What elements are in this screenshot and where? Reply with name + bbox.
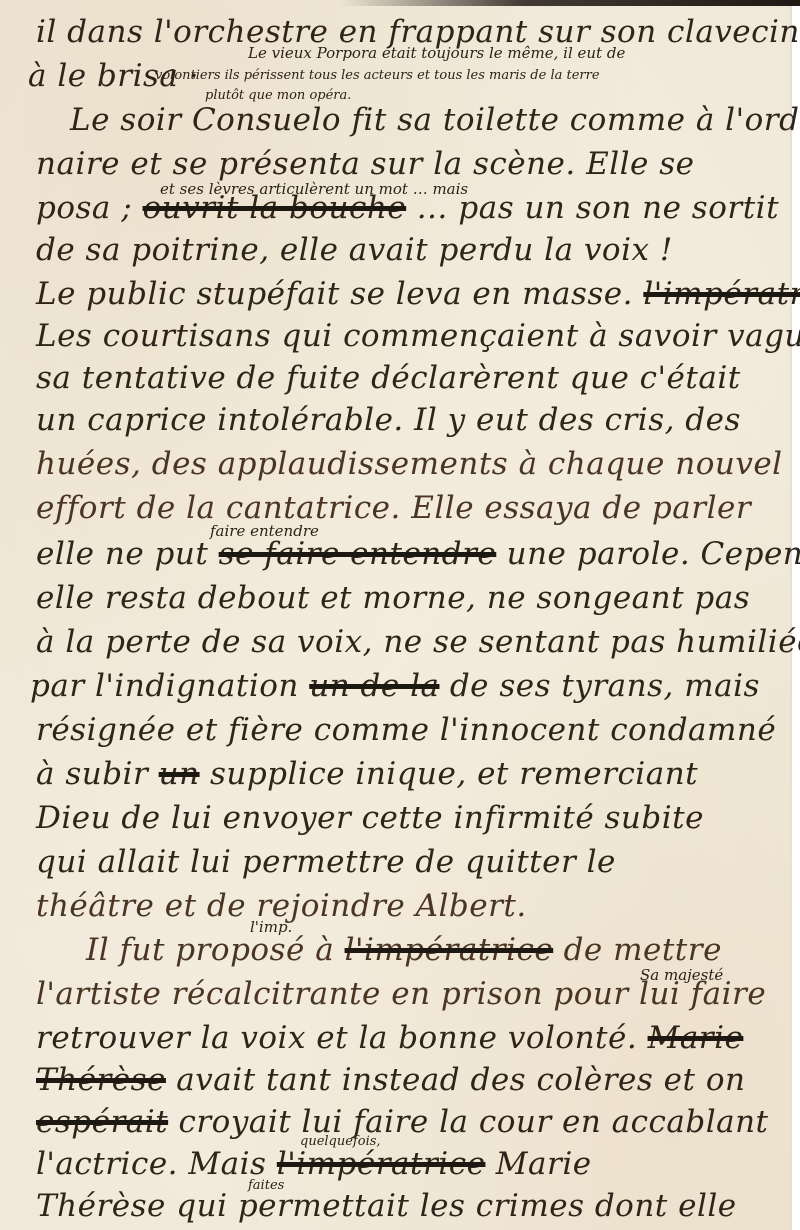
- manuscript-line: naire et se présenta sur la scène. Elle …: [36, 146, 695, 182]
- interlinear-note: faire entendre: [210, 522, 319, 540]
- struck-text: un de la: [309, 668, 439, 704]
- interlinear-note: Sa majesté: [640, 966, 723, 984]
- manuscript-line: l'actrice. Mais l'impératrice Marie: [36, 1146, 592, 1182]
- manuscript-line: espérait croyait lui faire la cour en ac…: [36, 1104, 769, 1140]
- manuscript-line: Le public stupéfait se leva en masse. l'…: [36, 276, 800, 312]
- manuscript-line: huées, des applaudissements à chaque nou…: [36, 446, 783, 482]
- line-text: retrouver la voix et la bonne volonté.: [36, 1020, 637, 1056]
- manuscript-line: elle ne put se faire entendre une parole…: [36, 536, 800, 572]
- manuscript-line: résignée et fière comme l'innocent conda…: [36, 712, 776, 748]
- line-text: à subir: [36, 756, 148, 792]
- struck-text: espérait: [36, 1104, 168, 1140]
- struck-text: un: [159, 756, 200, 792]
- line-text: Il fut proposé à: [86, 932, 334, 968]
- line-text: … pas un son ne sortit: [417, 190, 780, 226]
- manuscript-line: Thérèse avait tant instead des colères e…: [36, 1062, 745, 1098]
- struck-text: l'impératrice: [345, 932, 554, 968]
- struck-text: Marie: [648, 1020, 744, 1056]
- scan-top-edge: [340, 0, 800, 6]
- manuscript-line: elle resta debout et morne, ne songeant …: [36, 580, 750, 616]
- line-text: Marie: [496, 1146, 592, 1182]
- manuscript-line: Le soir Consuelo fit sa toilette comme à…: [70, 102, 800, 138]
- manuscript-line: de sa poitrine, elle avait perdu la voix…: [36, 232, 673, 268]
- line-text: de ses tyrans, mais: [450, 668, 760, 704]
- manuscript-line: Il fut proposé à l'impératrice de mettre: [86, 932, 722, 968]
- line-text: instead des colères et on: [342, 1062, 746, 1098]
- line-text: une parole. Cependant: [507, 536, 800, 572]
- interlinear-note: et ses lèvres articulèrent un mot … mais: [160, 180, 468, 198]
- line-text: de mettre: [564, 932, 722, 968]
- struck-text: Thérèse: [36, 1062, 166, 1098]
- line-text: l'actrice. Mais: [36, 1146, 266, 1182]
- manuscript-line: Les courtisans qui commençaient à savoir…: [36, 318, 800, 354]
- manuscript-line: un caprice intolérable. Il y eut des cri…: [36, 402, 741, 438]
- line-text: croyait lui faire la cour en accablant: [178, 1104, 768, 1140]
- manuscript-line: retrouver la voix et la bonne volonté. M…: [36, 1020, 743, 1056]
- line-text: avait tant: [176, 1062, 331, 1098]
- line-text: par l'indignation: [30, 668, 299, 704]
- interlinear-note: Le vieux Porpora était toujours le même,…: [248, 44, 625, 62]
- struck-text: se faire entendre: [219, 536, 497, 572]
- line-text: posa ;: [36, 190, 132, 226]
- struck-text: l'impératrice: [277, 1146, 486, 1182]
- manuscript-line: effort de la cantatrice. Elle essaya de …: [36, 490, 751, 526]
- manuscript-line: à la perte de sa voix, ne se sentant pas…: [36, 624, 800, 660]
- manuscript-line: qui allait lui permettre de quitter le: [36, 844, 616, 880]
- manuscript-line: Thérèse qui permettait les crimes dont e…: [36, 1188, 737, 1224]
- manuscript-line: par l'indignation un de la de ses tyrans…: [30, 668, 760, 704]
- interlinear-note: plutôt que mon opéra.: [205, 88, 351, 103]
- line-text: Le public stupéfait se leva en masse.: [36, 276, 633, 312]
- line-text: elle ne put: [36, 536, 208, 572]
- manuscript-line: sa tentative de fuite déclarèrent que c'…: [36, 360, 741, 396]
- interlinear-note: quelquefois,: [300, 1134, 381, 1149]
- line-text: supplice inique, et remerciant: [210, 756, 698, 792]
- struck-text: l'impératrice: [643, 276, 800, 312]
- interlinear-note: faites: [248, 1178, 284, 1193]
- interlinear-note: volontiers ils périssent tous les acteur…: [155, 68, 600, 83]
- manuscript-line: à subir un supplice inique, et remercian…: [36, 756, 698, 792]
- manuscript-page: il dans l'orchestre en frappant sur son …: [0, 0, 792, 1230]
- interlinear-note: l'imp.: [250, 918, 292, 936]
- manuscript-line: Dieu de lui envoyer cette infirmité subi…: [36, 800, 704, 836]
